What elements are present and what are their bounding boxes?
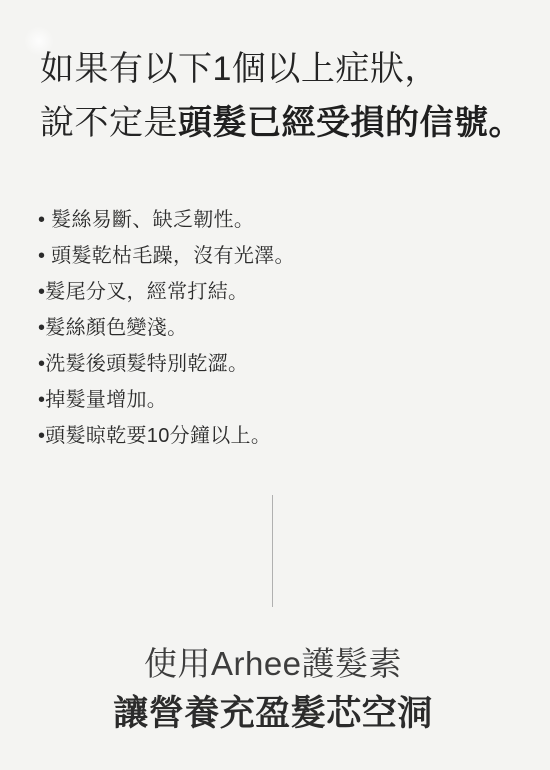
promo-page: 如果有以下1個以上症狀， 說不定是頭髮已經受損的信號。 • 髮絲易斷、缺乏韌性。… — [0, 0, 550, 770]
footer-product-line: 使用Arhee護髮素 — [0, 640, 546, 687]
headline: 如果有以下1個以上症狀， 說不定是頭髮已經受損的信號。 — [40, 42, 520, 150]
footer-benefit-line: 讓營養充盈髮芯空洞 — [0, 690, 546, 738]
headline-line2-bold: 頭髮已經受損的信號。 — [178, 104, 523, 142]
list-item: • 頭髮乾枯毛躁，沒有光澤。 — [38, 238, 530, 274]
headline-line2: 說不定是頭髮已經受損的信號。 — [40, 96, 520, 150]
list-item: •掉髮量增加。 — [38, 382, 530, 418]
list-item: •頭髮晾乾要10分鐘以上。 — [38, 418, 530, 454]
list-item: •洗髮後頭髮特別乾澀。 — [38, 346, 530, 382]
list-item: • 髮絲易斷、缺乏韌性。 — [38, 202, 530, 238]
headline-line1: 如果有以下1個以上症狀， — [40, 42, 520, 96]
vertical-divider — [272, 495, 273, 607]
list-item: •髮絲顏色變淺。 — [38, 310, 530, 346]
symptom-list: • 髮絲易斷、缺乏韌性。 • 頭髮乾枯毛躁，沒有光澤。 •髮尾分叉，經常打結。 … — [38, 202, 530, 454]
list-item: •髮尾分叉，經常打結。 — [38, 274, 530, 310]
headline-line2-regular: 說不定是 — [40, 104, 178, 142]
footer: 使用Arhee護髮素 讓營養充盈髮芯空洞 — [0, 640, 546, 738]
